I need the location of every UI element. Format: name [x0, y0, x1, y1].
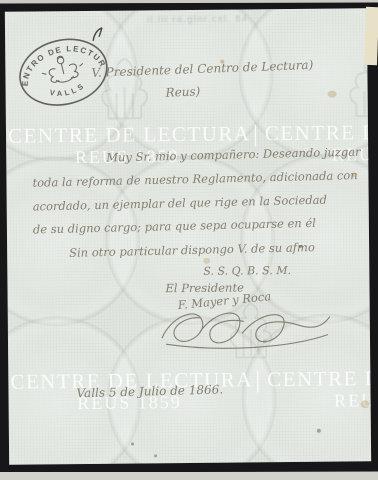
foxing-spot: [220, 60, 224, 64]
foxing-spot: [350, 172, 356, 177]
faint-archive-inscription: il.lii ra.glnr.cxl. 84: [147, 13, 277, 24]
foxing-spot: [154, 454, 157, 457]
watermark-separator: |: [248, 367, 267, 393]
scanned-letter-page: CENTRE DE LECTURA REUS 1859 | CENTRE DE …: [0, 0, 378, 480]
foxing-spot: [299, 245, 302, 248]
scanner-background-strip: [0, 472, 378, 480]
letter-paper: CENTRE DE LECTURA REUS 1859 | CENTRE DE …: [5, 8, 371, 464]
foxing-spot: [131, 443, 134, 446]
watermark-subtitle: REUS 1859: [267, 389, 371, 411]
foxing-spot: [263, 339, 267, 343]
watermark-title: CENTRE DE LECTURA: [8, 121, 246, 147]
watermark-tile: CENTRE DE LECTURA REUS 1859: [267, 365, 371, 411]
watermark-separator: |: [246, 121, 265, 147]
courtesy-abbreviation: S. S. Q. B. S. M.: [203, 264, 291, 278]
foxing-spot: [317, 429, 321, 433]
watermark-title: CENTRE DE LECTURA: [267, 365, 371, 391]
foxing-spot: [328, 91, 337, 98]
foxing-spot: [361, 400, 370, 408]
scan-cream-page-edge: [364, 7, 378, 65]
addressee-line-2: Reus): [165, 84, 200, 100]
foxing-spot: [203, 258, 210, 264]
watermark-title: CENTRE DE LECTURA: [265, 119, 371, 145]
signature-flourish: [156, 297, 337, 354]
